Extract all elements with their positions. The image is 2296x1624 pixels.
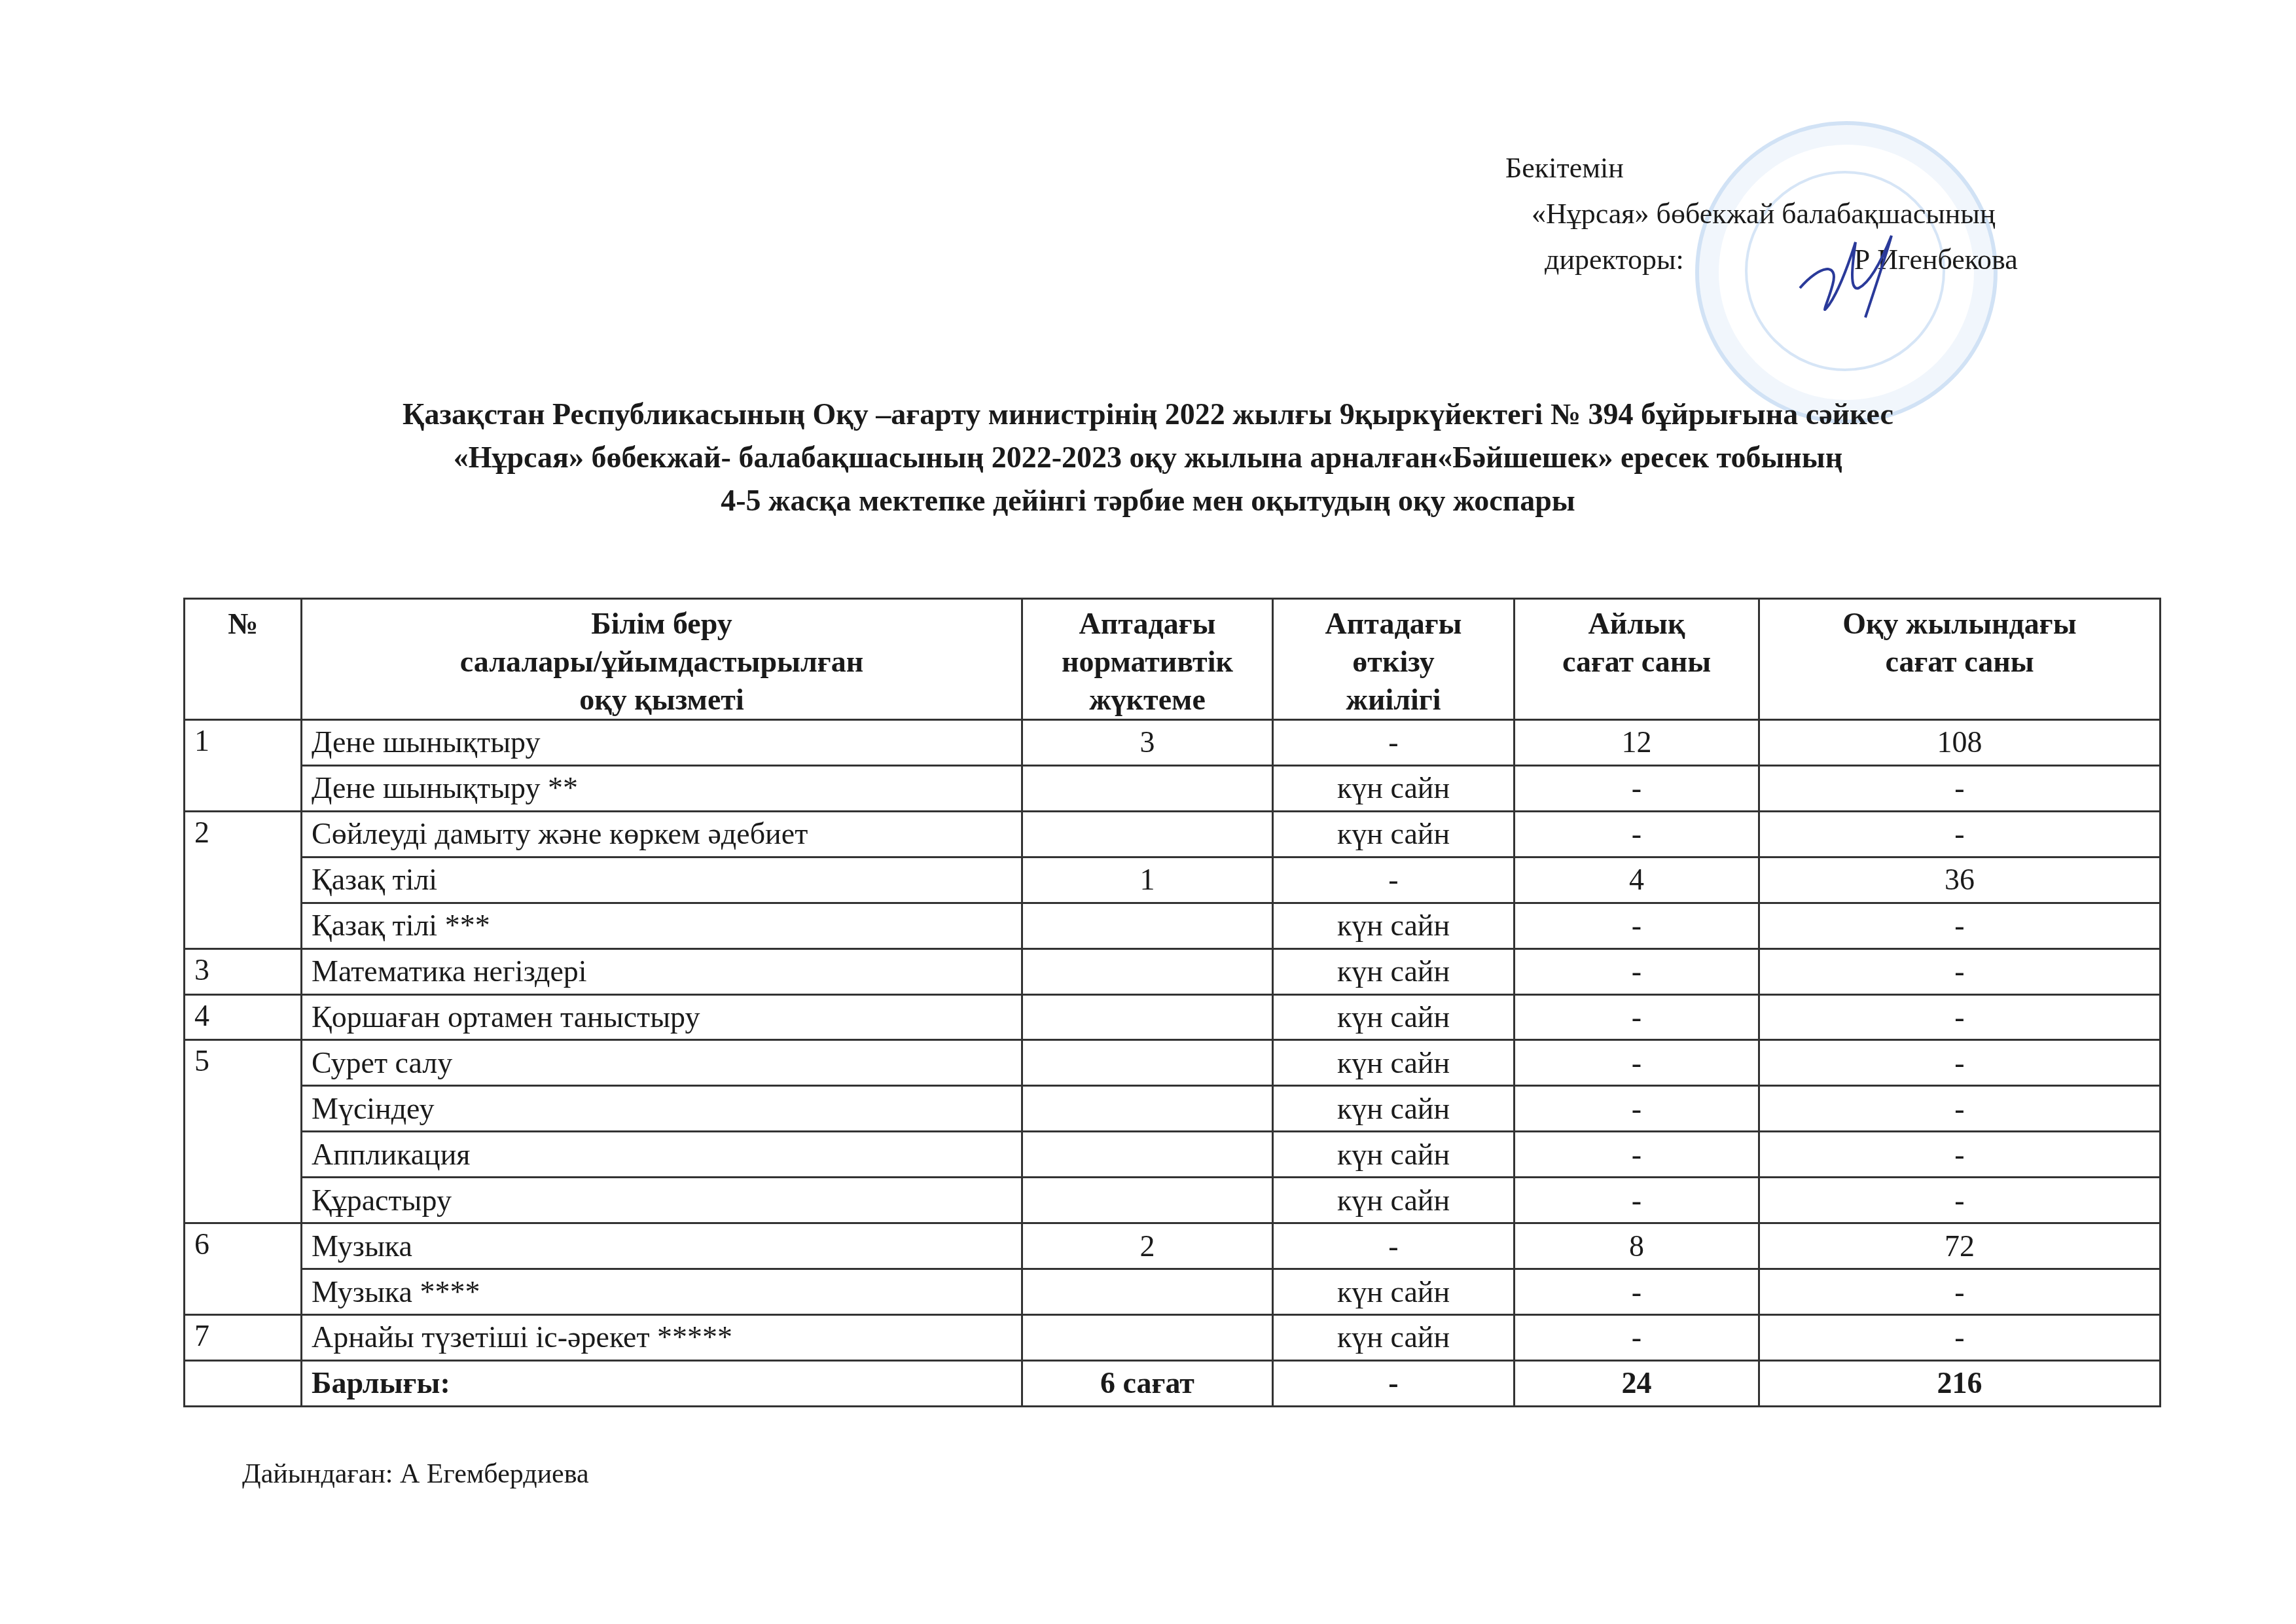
row-number: 6 [185,1223,302,1315]
title-line-2: «Нұрсая» бөбекжай- балабақшасының 2022-2… [0,436,2296,479]
cell-year: - [1759,1314,2161,1360]
table-row: 2Сөйлеуді дамыту және көркем әдебиеткүн … [185,811,2161,857]
cell-month: - [1515,1086,1759,1132]
cell-name: Аппликация [302,1132,1022,1178]
header-subject-l2: салалары/ұйымдастырылған [312,643,1012,681]
cell-year: - [1759,1086,2161,1132]
header-weekly-frequency: Аптадағы өткізу жиілігі [1273,599,1515,720]
table-row: Аппликациякүн сайн-- [185,1132,2161,1178]
total-row: Барлығы:6 сағат-24216 [185,1360,2161,1406]
cell-freq: күн сайн [1273,1314,1515,1360]
cell-month: 12 [1515,720,1759,766]
cell-year: 36 [1759,857,2161,903]
approval-heading: Бекітемін [1499,145,2018,191]
director-label: директоры: [1545,237,1684,283]
row-number: 5 [185,1040,302,1223]
header-year-l1: Оқу жылындағы [1769,605,2150,643]
cell-load [1022,1132,1273,1178]
cell-year: 108 [1759,720,2161,766]
header-freq-l1: Аптадағы [1283,605,1504,643]
cell-year: - [1759,1040,2161,1086]
table-row: Қазақ тілі1-436 [185,857,2161,903]
table-row: Қазақ тілі ***күн сайн-- [185,903,2161,948]
cell-load [1022,1040,1273,1086]
header-month-l1: Айлық [1524,605,1749,643]
cell-freq: күн сайн [1273,1040,1515,1086]
header-load-l2: нормативтік [1032,643,1263,681]
cell-month: - [1515,903,1759,948]
cell-year: 72 [1759,1223,2161,1269]
table-row: Құрастырукүн сайн-- [185,1178,2161,1223]
table-row: 5Сурет салукүн сайн-- [185,1040,2161,1086]
header-load-l3: жүктеме [1032,681,1263,719]
cell-load [1022,994,1273,1040]
cell-name: Дене шынықтыру [302,720,1022,766]
total-freq: - [1273,1360,1515,1406]
cell-month: - [1515,1178,1759,1223]
cell-load [1022,1269,1273,1315]
signature-icon [1793,226,1898,324]
cell-month: - [1515,1269,1759,1315]
cell-name: Мүсіндеу [302,1086,1022,1132]
header-subject-l1: Білім беру [312,605,1012,643]
row-number: 4 [185,994,302,1040]
cell-freq: - [1273,720,1515,766]
header-weekly-load: Аптадағы нормативтік жүктеме [1022,599,1273,720]
row-number: 2 [185,811,302,948]
row-number: 3 [185,948,302,994]
cell-year: - [1759,1132,2161,1178]
cell-name: Математика негіздері [302,948,1022,994]
cell-year: - [1759,811,2161,857]
total-month: 24 [1515,1360,1759,1406]
table-row: 7Арнайы түзетіші іс-әрекет *****күн сайн… [185,1314,2161,1360]
header-subject: Білім беру салалары/ұйымдастырылған оқу … [302,599,1022,720]
cell-year: - [1759,903,2161,948]
table-row: 4Қоршаған ортамен таныстырукүн сайн-- [185,994,2161,1040]
cell-name: Қазақ тілі [302,857,1022,903]
cell-name: Құрастыру [302,1178,1022,1223]
table-row: 6Музыка2-872 [185,1223,2161,1269]
cell-year: - [1759,1178,2161,1223]
header-year-l2: сағат саны [1769,643,2150,681]
cell-load [1022,948,1273,994]
table-row: 1Дене шынықтыру3-12108 [185,720,2161,766]
header-number: № [185,599,302,720]
total-load: 6 сағат [1022,1360,1273,1406]
cell-freq: күн сайн [1273,994,1515,1040]
header-monthly-hours: Айлық сағат саны [1515,599,1759,720]
cell-load [1022,1086,1273,1132]
cell-name: Арнайы түзетіші іс-әрекет ***** [302,1314,1022,1360]
cell-month: - [1515,1132,1759,1178]
cell-freq: күн сайн [1273,765,1515,811]
cell-name: Музыка **** [302,1269,1022,1315]
row-number: 1 [185,720,302,812]
cell-month: 4 [1515,857,1759,903]
cell-name: Музыка [302,1223,1022,1269]
cell-load: 2 [1022,1223,1273,1269]
cell-load [1022,811,1273,857]
cell-year: - [1759,765,2161,811]
cell-freq: күн сайн [1273,1269,1515,1315]
cell-month: - [1515,1040,1759,1086]
header-subject-l3: оқу қызметі [312,681,1012,719]
prepared-by: Дайындаған: А Егембердиева [242,1458,589,1490]
cell-year: - [1759,994,2161,1040]
title-line-3: 4-5 жасқа мектепке дейінгі тәрбие мен оқ… [0,479,2296,522]
cell-freq: күн сайн [1273,1086,1515,1132]
total-num [185,1360,302,1406]
header-yearly-hours: Оқу жылындағы сағат саны [1759,599,2161,720]
approval-block: Бекітемін «Нұрсая» бөбекжай балабақшасын… [1499,145,2018,283]
table-row: 3Математика негіздерікүн сайн-- [185,948,2161,994]
cell-load [1022,1314,1273,1360]
cell-freq: күн сайн [1273,1132,1515,1178]
header-freq-l3: жиілігі [1283,681,1504,719]
cell-name: Қоршаған ортамен таныстыру [302,994,1022,1040]
cell-freq: - [1273,857,1515,903]
cell-month: - [1515,948,1759,994]
cell-year: - [1759,948,2161,994]
cell-load [1022,765,1273,811]
cell-name: Сурет салу [302,1040,1022,1086]
cell-month: - [1515,1314,1759,1360]
curriculum-table: № Білім беру салалары/ұйымдастырылған оқ… [183,598,2161,1407]
cell-year: - [1759,1269,2161,1315]
table-header-row: № Білім беру салалары/ұйымдастырылған оқ… [185,599,2161,720]
cell-month: 8 [1515,1223,1759,1269]
header-month-l2: сағат саны [1524,643,1749,681]
cell-load: 1 [1022,857,1273,903]
table-row: Мүсіндеукүн сайн-- [185,1086,2161,1132]
cell-freq: күн сайн [1273,903,1515,948]
header-load-l1: Аптадағы [1032,605,1263,643]
cell-name: Сөйлеуді дамыту және көркем әдебиет [302,811,1022,857]
total-name: Барлығы: [302,1360,1022,1406]
total-year: 216 [1759,1360,2161,1406]
approval-director-line: директоры: Р Игенбекова [1499,237,2018,283]
title-line-1: Қазақстан Республикасының Оқу –ағарту ми… [0,393,2296,436]
table-row: Дене шынықтыру **күн сайн-- [185,765,2161,811]
row-number: 7 [185,1314,302,1360]
cell-freq: күн сайн [1273,948,1515,994]
cell-name: Қазақ тілі *** [302,903,1022,948]
cell-load [1022,1178,1273,1223]
cell-freq: күн сайн [1273,1178,1515,1223]
cell-name: Дене шынықтыру ** [302,765,1022,811]
cell-load: 3 [1022,720,1273,766]
cell-month: - [1515,811,1759,857]
cell-freq: күн сайн [1273,811,1515,857]
table-row: Музыка ****күн сайн-- [185,1269,2161,1315]
cell-load [1022,903,1273,948]
cell-month: - [1515,765,1759,811]
header-freq-l2: өткізу [1283,643,1504,681]
document-title: Қазақстан Республикасының Оқу –ағарту ми… [0,393,2296,522]
approval-organization: «Нұрсая» бөбекжай балабақшасының [1499,191,2018,237]
cell-month: - [1515,994,1759,1040]
cell-freq: - [1273,1223,1515,1269]
